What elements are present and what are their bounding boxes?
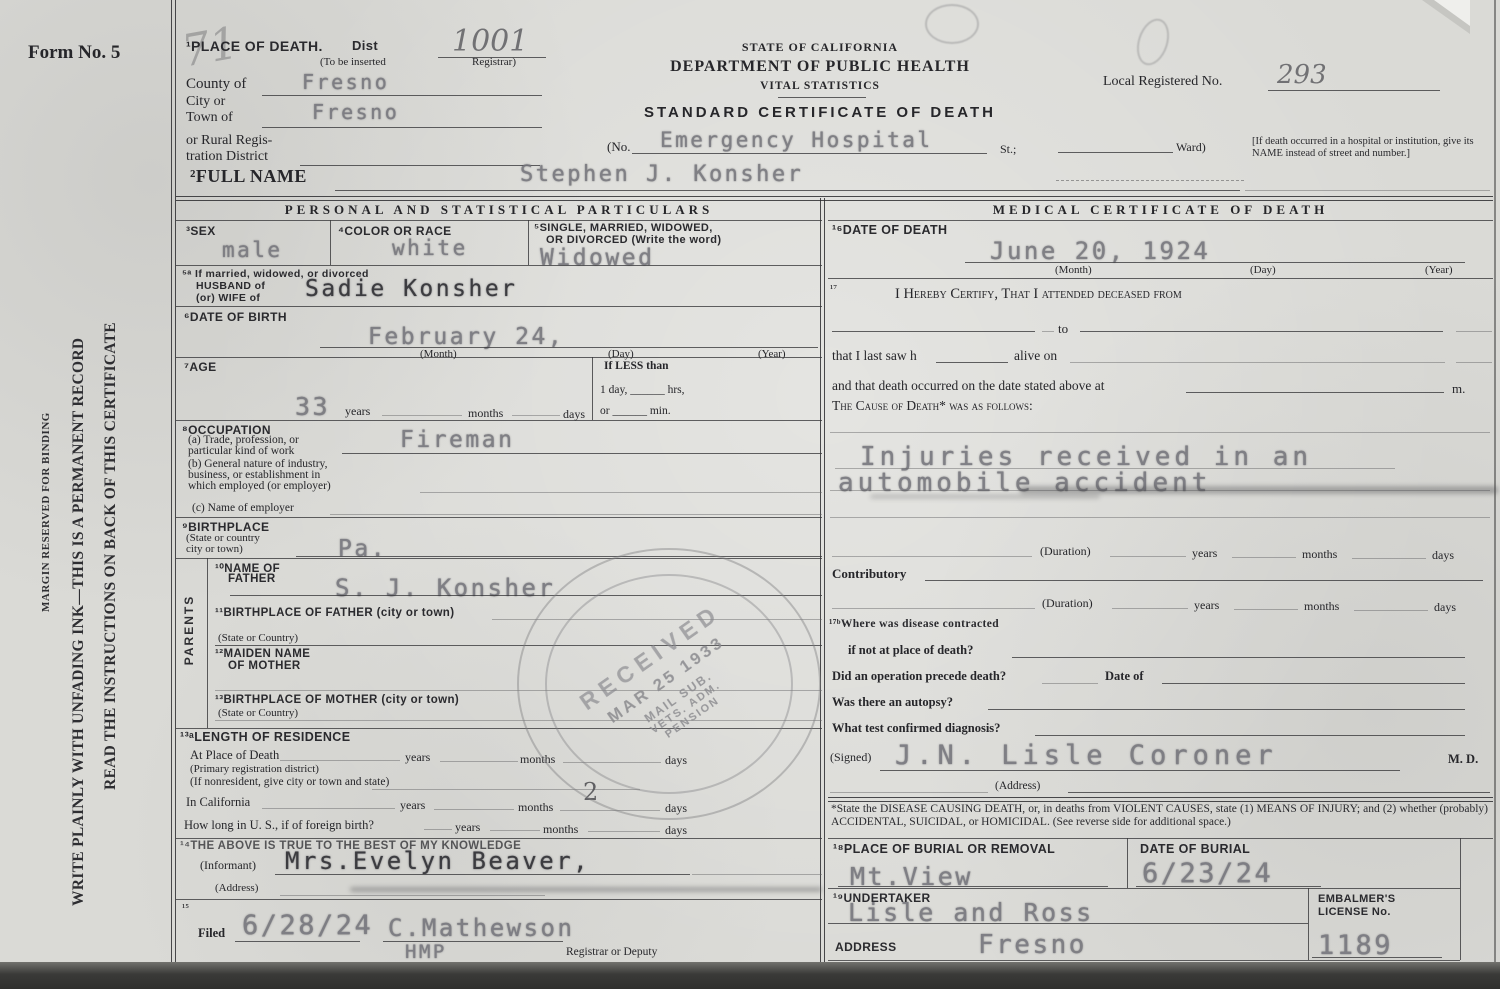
rule xyxy=(207,558,208,728)
local-registered-no-value: 293 xyxy=(1277,60,1327,90)
age-label: ⁷AGE xyxy=(184,360,217,374)
month-caption: (Month) xyxy=(420,348,457,360)
dod-month-caption: (Month) xyxy=(1055,264,1092,276)
rule xyxy=(1308,888,1309,960)
section-17-number: ¹⁷ xyxy=(830,283,837,295)
rule xyxy=(176,357,822,358)
rule xyxy=(280,895,545,896)
ink-smudge-artifact xyxy=(1131,15,1174,70)
if-less-hrs-label: 1 day, ______ hrs, xyxy=(600,384,685,396)
rule xyxy=(176,306,822,307)
father-birthplace-label: ¹¹BIRTHPLACE OF FATHER (city or town) xyxy=(215,607,454,619)
rule xyxy=(832,331,1035,332)
rule xyxy=(692,874,822,875)
us-months-caption: months xyxy=(543,822,578,837)
death-occurred-text: and that death occurred on the date stat… xyxy=(832,378,1105,394)
medical-section-title: MEDICAL CERTIFICATE OF DEATH xyxy=(828,202,1493,218)
registrar-signature-value: C.Mathewson xyxy=(388,914,574,942)
scan-edge-bottom xyxy=(0,962,1500,989)
full-name-label: ²FULL NAME xyxy=(190,166,307,187)
rule xyxy=(828,960,1460,961)
registrar-or-deputy-caption: Registrar or Deputy xyxy=(566,946,657,958)
operation-precede-label: Did an operation precede death? xyxy=(832,669,1006,684)
registrar-paren-label: Registrar) xyxy=(472,56,516,68)
rule xyxy=(1456,362,1492,363)
undertaker-address-value: Fresno xyxy=(978,930,1087,960)
informant-value: Mrs.Evelyn Beaver, xyxy=(285,847,590,875)
received-date-stamp: RECEIVED MAR 25 1933 MAIL SUB. VETS. ADM… xyxy=(517,548,821,820)
rule xyxy=(1127,838,1128,888)
rule xyxy=(880,770,1400,771)
occupation-a-label-2: particular kind of work xyxy=(188,445,294,457)
margin-note-binding: MARGIN RESERVED FOR BINDING xyxy=(40,412,52,612)
rule xyxy=(820,198,825,962)
parents-label: PARENTS xyxy=(182,560,196,700)
personal-section-title: PERSONAL AND STATISTICAL PARTICULARS xyxy=(176,202,822,218)
violent-causes-footnote: *State the DISEASE CAUSING DEATH, or, in… xyxy=(831,803,1488,828)
rule xyxy=(1012,657,1465,658)
age-value: 33 xyxy=(295,392,330,421)
rule xyxy=(925,580,1483,581)
residence-in-california-label: In California xyxy=(186,795,250,810)
mother-birthplace-label: ¹³BIRTHPLACE OF MOTHER (city or town) xyxy=(215,694,459,706)
duration-months-caption-1: months xyxy=(1302,547,1337,562)
what-test-label: What test confirmed diagnosis? xyxy=(832,721,1000,736)
rule xyxy=(176,265,822,266)
rule xyxy=(512,415,560,416)
ward-label: Ward) xyxy=(1176,140,1206,155)
rule xyxy=(280,760,400,761)
department-title: DEPARTMENT OF PUBLIC HEALTH xyxy=(610,58,1030,76)
place-of-death-label: ¹PLACE OF DEATH. xyxy=(186,38,323,54)
rule xyxy=(1162,683,1465,684)
rule xyxy=(828,797,1493,802)
county-value: Fresno xyxy=(302,70,389,94)
date-of-birth-label: ⁶DATE OF BIRTH xyxy=(184,310,287,324)
rule xyxy=(176,420,822,421)
full-name-value: Stephen J. Konsher xyxy=(520,162,803,187)
california-months-caption: months xyxy=(518,800,553,815)
vital-statistics-title: VITAL STATISTICS xyxy=(610,80,1030,92)
rule xyxy=(988,709,1465,710)
or-wife-of-label: (or) WIFE of xyxy=(196,292,260,304)
rule xyxy=(1460,838,1461,960)
death-certificate-scan: Form No. 5 MARGIN RESERVED FOR BINDING W… xyxy=(0,0,1500,989)
duration-years-caption-1: years xyxy=(1192,546,1217,561)
ink-smudge-artifact xyxy=(925,4,979,44)
rule xyxy=(1112,608,1188,609)
county-label: County of xyxy=(186,76,246,93)
rule xyxy=(330,220,331,265)
dod-day-caption: (Day) xyxy=(1250,264,1276,276)
rule xyxy=(936,362,1008,363)
rule xyxy=(320,347,818,348)
alive-on-text: alive on xyxy=(1014,348,1057,364)
rule xyxy=(965,262,1465,263)
local-registered-no-label: Local Registered No. xyxy=(1103,74,1222,90)
age-years-caption: years xyxy=(345,404,370,419)
rule xyxy=(424,829,452,830)
rule xyxy=(176,196,1493,201)
rule xyxy=(235,941,360,942)
rule xyxy=(828,923,1308,924)
marital-value: Widowed xyxy=(540,245,654,271)
rule xyxy=(1268,90,1440,91)
date-of-burial-value: 6/23/24 xyxy=(1142,858,1273,889)
city-value: Fresno xyxy=(312,100,399,124)
stamp-text: RECEIVED MAR 25 1933 MAIL SUB. VETS. ADM… xyxy=(469,488,868,880)
rule xyxy=(528,220,529,265)
place-of-death-value: Emergency Hospital xyxy=(660,128,933,152)
rule xyxy=(176,220,822,221)
rule xyxy=(830,432,1490,433)
year-caption: (Year) xyxy=(758,348,786,360)
undertaker-address-label: ADDRESS xyxy=(835,940,896,954)
embalmers-label-2: LICENSE No. xyxy=(1318,906,1391,918)
father-name-label-2: FATHER xyxy=(228,573,276,585)
state-title: STATE OF CALIFORNIA xyxy=(610,40,1030,55)
informant-caption: (Informant) xyxy=(200,858,256,873)
spouse-value: Sadie Konsher xyxy=(305,276,518,302)
rule xyxy=(1245,190,1490,191)
rural-registration-label-2: tration District xyxy=(186,149,268,165)
rule xyxy=(1042,331,1054,332)
if-less-min-label: or ______ min. xyxy=(600,405,671,417)
hereby-certify-text: I Hereby Certify, That I attended deceas… xyxy=(895,286,1182,303)
birthplace-sub-2: city or town) xyxy=(186,543,243,555)
duration-caption-2: (Duration) xyxy=(1042,596,1093,611)
dod-year-caption: (Year) xyxy=(1425,264,1453,276)
rule xyxy=(1312,957,1442,958)
rule xyxy=(832,608,1035,609)
age-months-caption: months xyxy=(468,406,503,421)
rule xyxy=(1056,180,1244,181)
duration-years-caption-2: years xyxy=(1194,598,1219,613)
section-15-number: ¹⁵ xyxy=(182,902,189,914)
residence-at-place-label: At Place of Death xyxy=(190,748,279,763)
sex-value: male xyxy=(222,238,283,262)
rule xyxy=(1068,792,1490,793)
place-of-burial-label: ¹⁸PLACE OF BURIAL OR REMOVAL xyxy=(833,842,1055,856)
rural-registration-label-1: or Rural Regis- xyxy=(186,133,272,149)
signed-value: J.N. Lisle Coroner xyxy=(895,740,1278,771)
rule xyxy=(778,97,866,98)
cause-of-death-label: The Cause of Death* was as follows: xyxy=(832,398,1033,414)
rule xyxy=(1234,609,1298,610)
rule xyxy=(828,838,1493,839)
date-of-death-value: June 20, 1924 xyxy=(990,237,1210,265)
rule xyxy=(1186,392,1444,393)
filed-label: Filed xyxy=(198,926,225,941)
rule xyxy=(342,453,822,454)
occupation-b-label-3: which employed (or employer) xyxy=(188,480,331,492)
duration-caption-1: (Duration) xyxy=(1040,544,1091,559)
duration-days-caption-2: days xyxy=(1434,600,1456,615)
district-number-value: 1001 xyxy=(452,24,528,59)
duration-days-caption-1: days xyxy=(1432,548,1454,563)
rule xyxy=(1070,362,1445,363)
rule xyxy=(1058,152,1173,153)
rule xyxy=(420,492,822,493)
if-not-at-place-label: if not at place of death? xyxy=(848,643,973,658)
rule xyxy=(830,517,1490,518)
informant-address-caption: (Address) xyxy=(215,882,258,894)
rule xyxy=(262,95,542,96)
rule xyxy=(830,792,988,793)
rule xyxy=(828,888,1460,889)
signed-caption: (Signed) xyxy=(830,750,871,765)
rule xyxy=(838,886,1108,887)
to-be-inserted-label: (To be inserted xyxy=(320,56,386,68)
rule xyxy=(490,830,540,831)
date-of-death-label: ¹⁶DATE OF DEATH xyxy=(832,223,947,237)
rule xyxy=(832,556,1032,557)
rule xyxy=(1352,558,1426,559)
rule xyxy=(1042,683,1098,684)
rule xyxy=(335,190,1240,191)
date-of-label: Date of xyxy=(1105,669,1144,684)
filed-date-value: 6/28/24 xyxy=(242,910,373,941)
if-less-than-label: If LESS than xyxy=(604,360,669,372)
embalmers-label-1: EMBALMER'S xyxy=(1318,893,1396,905)
certificate-title: STANDARD CERTIFICATE OF DEATH xyxy=(610,104,1030,121)
rule xyxy=(440,761,518,762)
where-disease-contracted-label: ¹⁷ᵇWhere was disease contracted xyxy=(829,618,999,630)
rule xyxy=(1456,331,1492,332)
occupation-c-label: (c) Name of employer xyxy=(192,502,294,514)
rule xyxy=(1035,735,1465,736)
margin-note-permanent-record: WRITE PLAINLY WITH UNFADING INK—THIS IS … xyxy=(70,338,88,906)
city-or-label: City or xyxy=(186,94,225,110)
day-caption: (Day) xyxy=(608,348,634,360)
father-state-country-caption: (State or Country) xyxy=(218,632,298,644)
residence-years-caption: years xyxy=(405,750,430,765)
page-corner-fold-inner xyxy=(1434,0,1470,26)
rule xyxy=(828,278,1493,279)
rule xyxy=(434,809,514,810)
m-abbrev-label: m. xyxy=(1452,381,1465,397)
occupation-value: Fireman xyxy=(400,427,514,453)
rule xyxy=(632,153,987,154)
district-label: Dist xyxy=(352,38,378,53)
ink-smudge xyxy=(1020,486,1498,494)
street-label: St.; xyxy=(1000,142,1016,157)
mother-maiden-label-2: OF MOTHER xyxy=(228,660,301,672)
rule xyxy=(592,357,593,420)
rule xyxy=(1354,610,1428,611)
no-label: (No. xyxy=(607,139,630,155)
father-name-value: S. J. Konsher xyxy=(335,574,555,602)
physician-address-caption: (Address) xyxy=(995,780,1040,792)
residence-primary-caption: (Primary registration district) xyxy=(190,763,319,775)
rule xyxy=(1110,556,1186,557)
rule xyxy=(262,127,542,128)
ink-smudge xyxy=(870,494,1100,499)
last-saw-text: that I last saw h xyxy=(832,348,917,364)
form-number: Form No. 5 xyxy=(28,42,120,64)
rule xyxy=(1080,331,1443,332)
rule xyxy=(382,415,462,416)
husband-of-label: HUSBAND of xyxy=(196,280,265,292)
residence-label: ¹³ᵃLENGTH OF RESIDENCE xyxy=(180,730,350,744)
margin-note-instructions: READ THE INSTRUCTIONS ON BACK OF THIS CE… xyxy=(102,322,120,790)
rule xyxy=(1232,557,1296,558)
california-years-caption: years xyxy=(400,798,425,813)
us-years-caption: years xyxy=(455,820,480,835)
rule xyxy=(176,899,822,900)
sex-label: ³SEX xyxy=(186,224,216,238)
registrar-initials-value: HMP xyxy=(405,941,447,963)
town-of-label: Town of xyxy=(186,110,233,126)
rule xyxy=(330,514,822,515)
rule xyxy=(828,220,1493,221)
rule xyxy=(171,0,176,963)
rule xyxy=(176,838,822,839)
contributory-label: Contributory xyxy=(832,566,906,582)
duration-months-caption-2: months xyxy=(1304,599,1339,614)
hospital-note: [If death occurred in a hospital or inst… xyxy=(1252,136,1494,160)
rule xyxy=(300,165,540,166)
race-value: white xyxy=(392,236,468,260)
residence-us-label: How long in U. S., if of foreign birth? xyxy=(184,818,374,833)
mother-maiden-label-1: ¹²MAIDEN NAME xyxy=(215,648,310,660)
mother-state-country-caption: (State or Country) xyxy=(218,707,298,719)
rule xyxy=(1136,886,1321,887)
date-of-burial-label: DATE OF BURIAL xyxy=(1140,842,1250,856)
certify-to-label: to xyxy=(1058,321,1068,337)
rule xyxy=(262,808,395,809)
md-caption: M. D. xyxy=(1448,752,1478,767)
ink-smudge xyxy=(350,887,822,892)
rule xyxy=(1494,0,1496,962)
marital-label-1: ⁵SINGLE, MARRIED, WIDOWED, xyxy=(534,222,713,234)
residence-nonresident-caption: (If nonresident, give city or town and s… xyxy=(190,776,389,788)
